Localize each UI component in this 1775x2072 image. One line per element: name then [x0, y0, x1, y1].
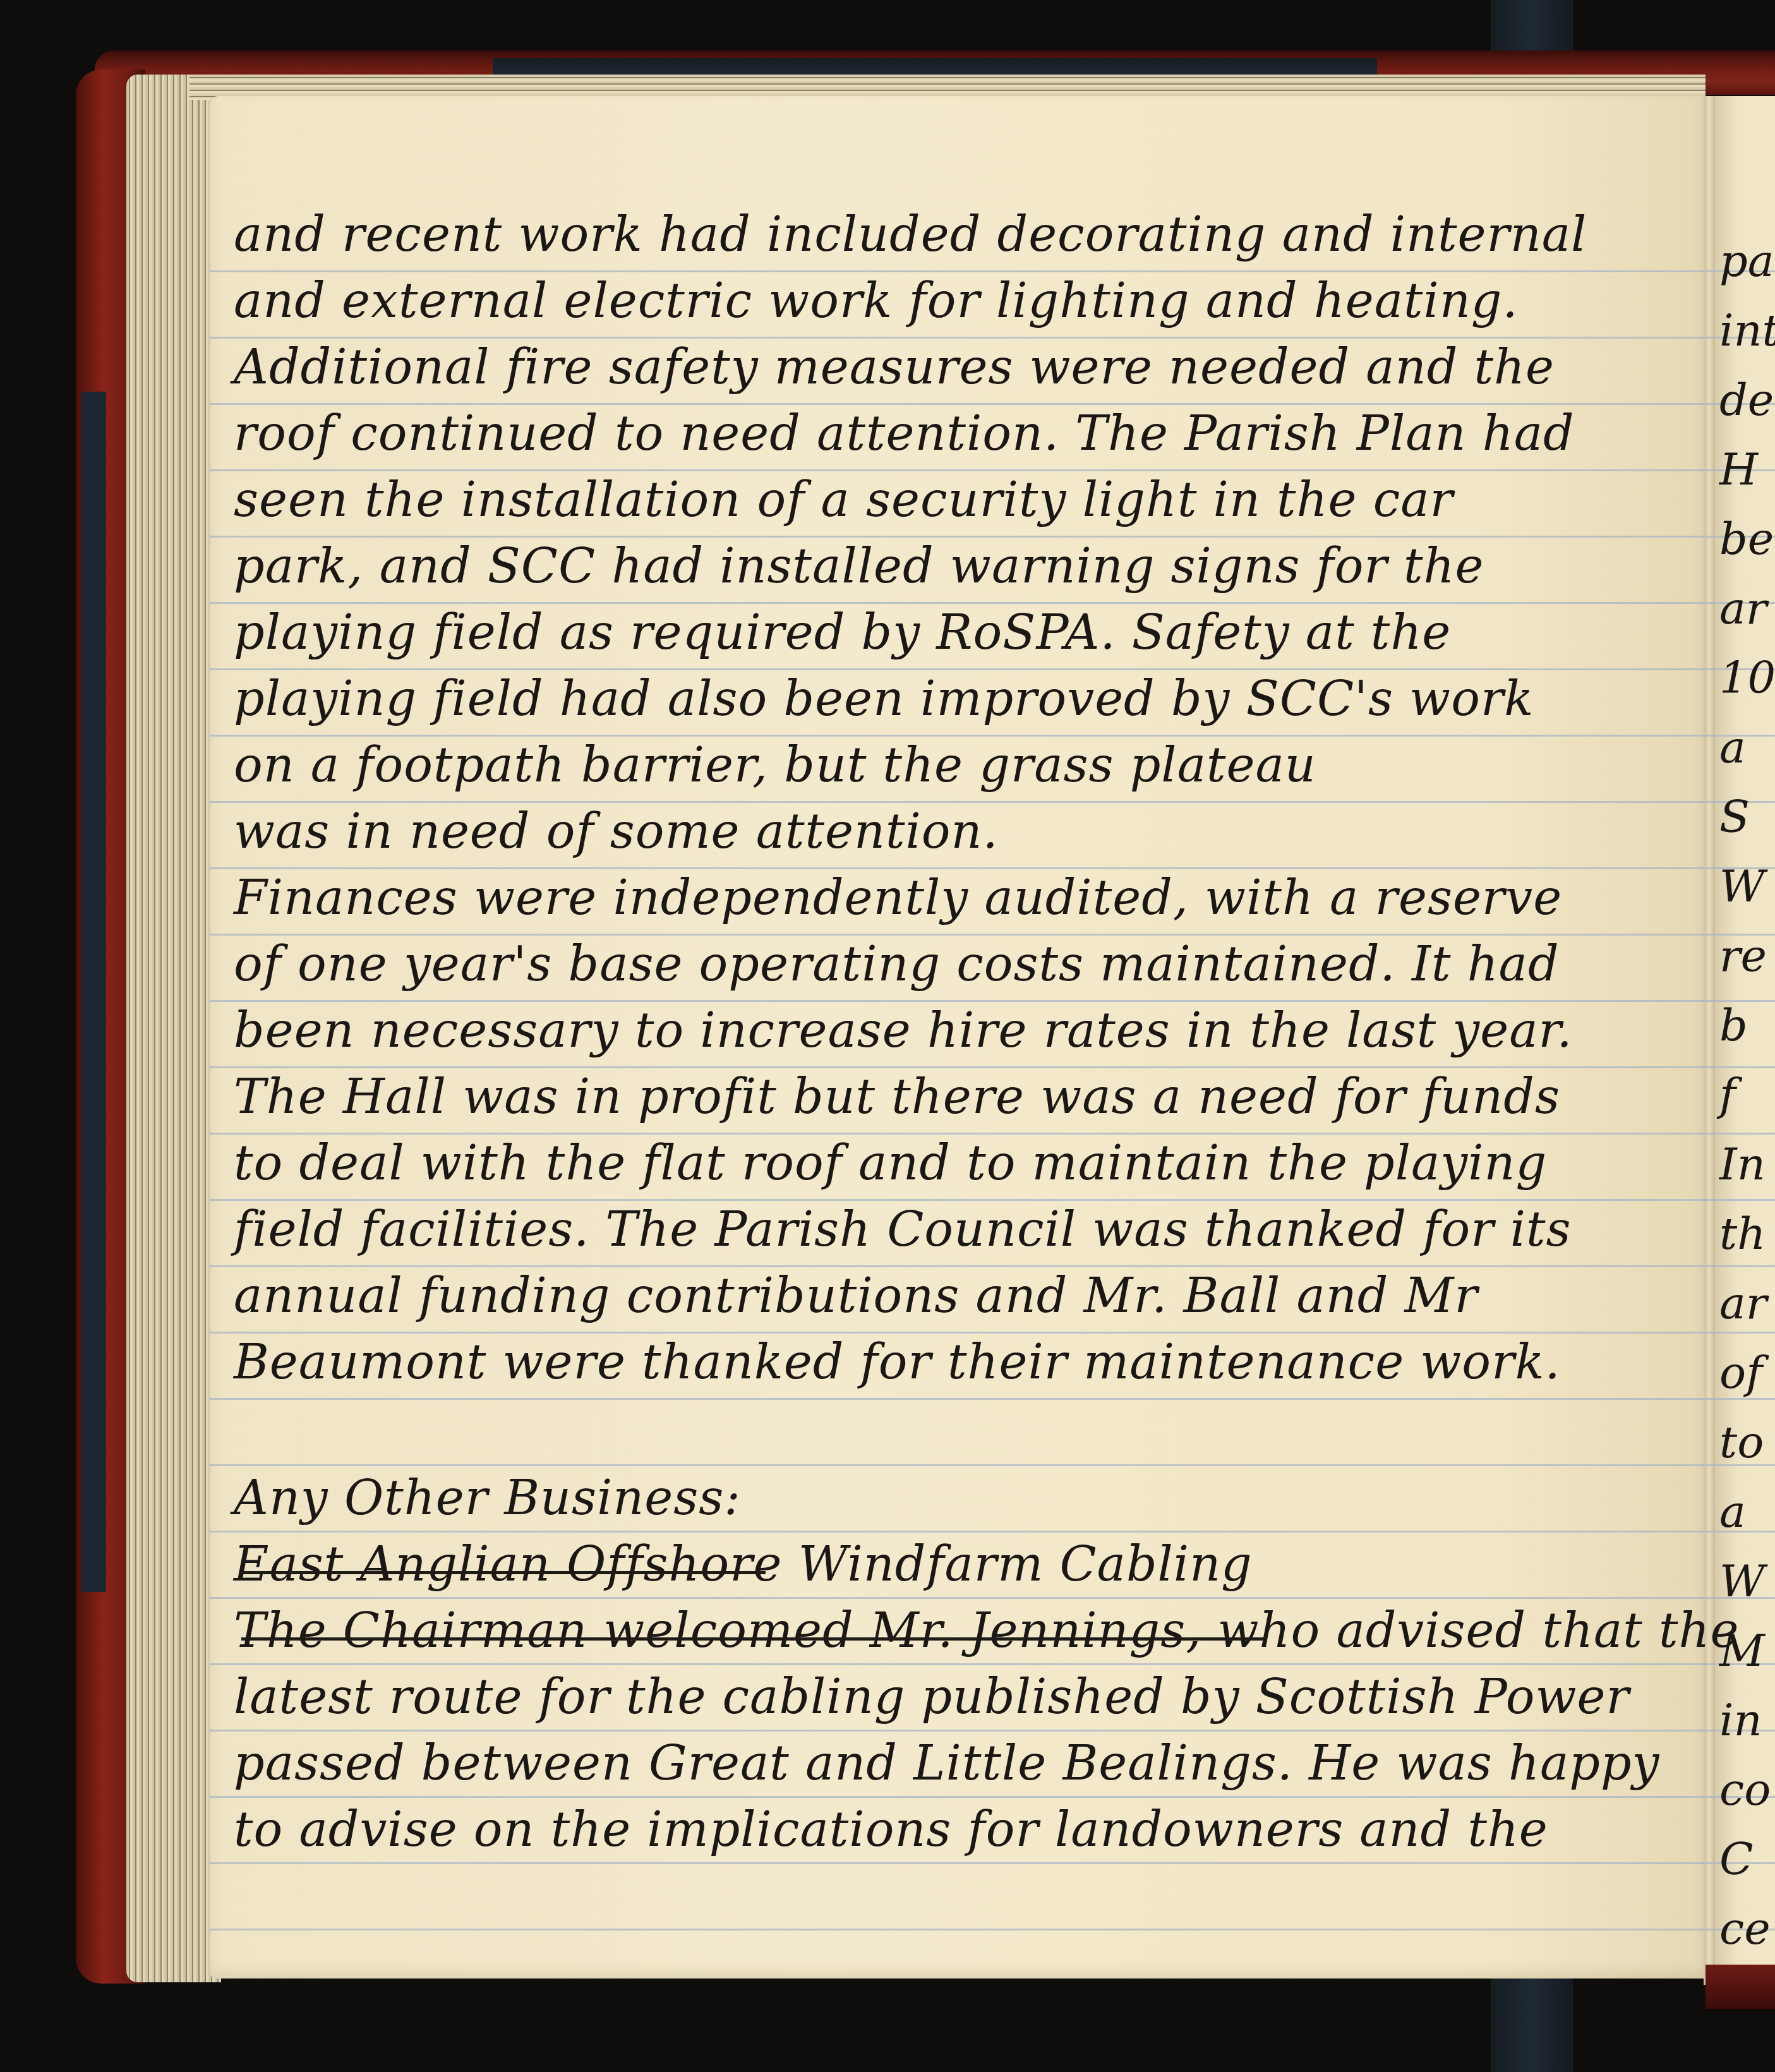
book-cover-inner-board: [81, 392, 106, 1592]
facing-page-fragment: C: [1719, 1837, 1754, 1881]
facing-page-fragment: ar: [1719, 586, 1767, 630]
text-line: annual funding contributions and Mr. Bal…: [234, 1272, 1478, 1320]
text-line: playing field had also been improved by …: [234, 675, 1534, 723]
facing-page-fragment: f: [1719, 1073, 1736, 1117]
facing-page-fragment: in: [1719, 1698, 1762, 1742]
facing-page-fragment: re: [1719, 934, 1767, 978]
facing-page-fragment: int: [1719, 308, 1775, 352]
text-line: of one year's base operating costs maint…: [234, 940, 1560, 988]
section-heading-aob: Any Other Business:: [234, 1474, 741, 1522]
facing-page-fragment: co: [1719, 1768, 1771, 1812]
text-line: to deal with the flat roof and to mainta…: [234, 1139, 1547, 1187]
facing-page-fragment: to: [1719, 1420, 1764, 1464]
text-line: park, and SCC had installed warning sign…: [234, 542, 1484, 590]
facing-page-fragment: S: [1719, 795, 1750, 839]
book-gutter: [1704, 96, 1715, 1985]
facing-page-fragment: M: [1719, 1629, 1765, 1673]
facing-page-fragment: b: [1719, 1003, 1748, 1047]
subheading-windfarm-cabling: East Anglian Offshore Windfarm Cabling: [234, 1540, 1253, 1588]
text-line: to advise on the implications for landow…: [234, 1805, 1548, 1853]
facing-page-fragment: ce: [1719, 1906, 1771, 1951]
facing-page-fragment: pa: [1719, 239, 1774, 283]
text-line: Finances were independently audited, wit…: [234, 874, 1562, 922]
subheading-underline: [241, 1637, 1265, 1641]
facing-page-fragment: H: [1719, 447, 1758, 491]
text-line: roof continued to need attention. The Pa…: [234, 409, 1575, 457]
facing-page-fragment: W: [1719, 1559, 1765, 1603]
text-line: The Hall was in profit but there was a n…: [234, 1073, 1560, 1121]
facing-page-fragment: de: [1719, 378, 1774, 422]
facing-page-fragment: of: [1719, 1351, 1762, 1395]
facing-page-fragment: ar: [1719, 1281, 1767, 1325]
text-line: Beaumont were thanked for their maintena…: [234, 1338, 1561, 1386]
text-line: and recent work had included decorating …: [234, 210, 1587, 258]
facing-page-fragment: In: [1719, 1142, 1766, 1186]
text-line: latest route for the cabling published b…: [234, 1673, 1630, 1721]
book-cover-bottom-corner: [1706, 1965, 1775, 2009]
facing-page-fragment: W: [1719, 864, 1765, 908]
text-line: was in need of some attention.: [234, 807, 999, 855]
heading-underline: [241, 1571, 766, 1574]
facing-page-fragment: a: [1719, 1490, 1746, 1534]
text-line: The Chairman welcomed Mr. Jennings, who …: [234, 1606, 1739, 1654]
text-line: playing field as required by RoSPA. Safe…: [234, 608, 1451, 656]
text-line: seen the installation of a security ligh…: [234, 476, 1453, 524]
page-stack-left-edge: [126, 75, 221, 1982]
text-line: and external electric work for lighting …: [234, 277, 1519, 325]
text-line: Additional fire safety measures were nee…: [234, 343, 1555, 391]
facing-page-fragment: 10: [1719, 656, 1775, 700]
text-line: passed between Great and Little Bealings…: [234, 1739, 1660, 1787]
facing-page-fragment: be: [1719, 517, 1774, 561]
facing-page-fragment: a: [1719, 725, 1746, 769]
text-line: on a footpath barrier, but the grass pla…: [234, 741, 1316, 789]
text-line: field facilities. The Parish Council was…: [234, 1205, 1572, 1253]
facing-page-fragment: th: [1719, 1212, 1766, 1256]
text-line: been necessary to increase hire rates in…: [234, 1006, 1573, 1054]
